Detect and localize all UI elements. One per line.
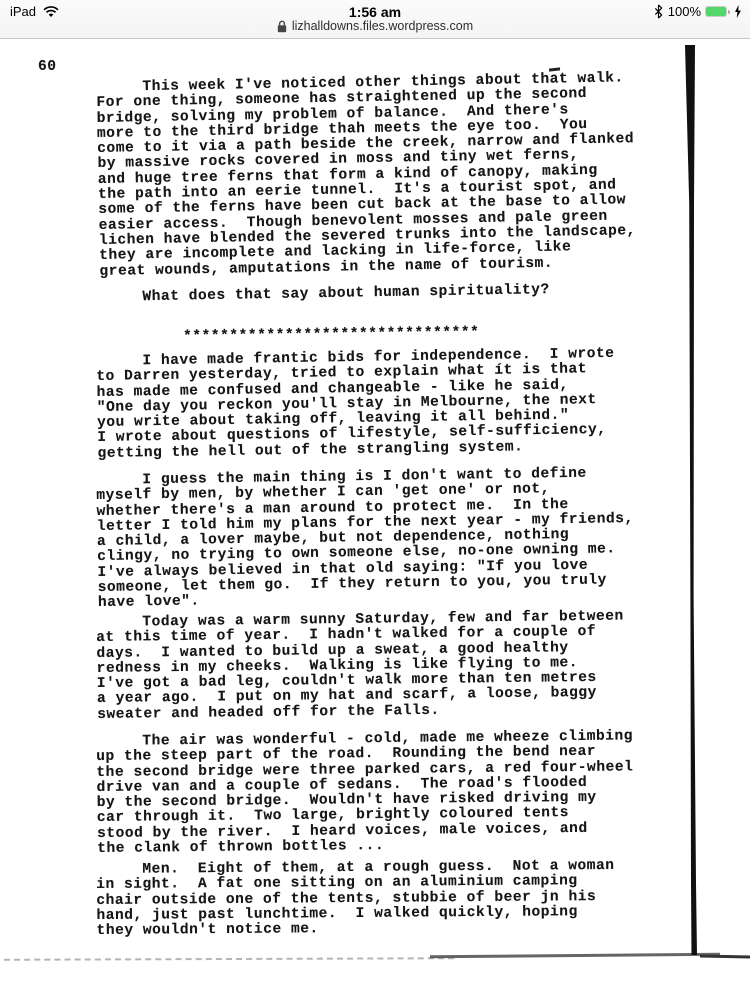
- paragraph-men: Men. Eight of them, at a rough guess. No…: [96, 859, 615, 940]
- battery-nub: [728, 10, 731, 15]
- battery-fill: [706, 7, 726, 16]
- paragraph-independence: I have made frantic bids for independenc…: [96, 347, 616, 462]
- lock-icon: [277, 20, 287, 33]
- battery-icon: [705, 6, 727, 17]
- paragraph-define-myself: I guess the main thing is I don't want t…: [96, 466, 635, 612]
- asterisk-separator: ********************************: [183, 326, 479, 345]
- paragraph-question: What does that say about human spiritual…: [96, 283, 550, 306]
- ipad-screen: iPad 1:56 am 100%: [0, 0, 750, 1000]
- scan-bottom-line-dark: [430, 953, 720, 958]
- bluetooth-icon: [653, 4, 664, 19]
- scan-bottom-line-light: [4, 957, 454, 961]
- url-text: lizhalldowns.files.wordpress.com: [292, 19, 473, 33]
- scanned-document-page: 60 This week I've noticed other things a…: [0, 38, 750, 1000]
- paragraph-saturday: Today was a warm sunny Saturday, few and…: [96, 610, 625, 724]
- status-right: 100%: [653, 4, 742, 19]
- paragraph-air: The air was wonderful - cold, made me wh…: [96, 729, 634, 857]
- battery-percent: 100%: [668, 4, 701, 19]
- scan-bottom-line-right: [700, 954, 750, 958]
- status-bar: iPad 1:56 am 100%: [0, 0, 750, 39]
- page-number: 60: [38, 60, 57, 75]
- address-bar[interactable]: lizhalldowns.files.wordpress.com: [0, 19, 750, 33]
- charging-bolt-icon: [734, 5, 742, 18]
- clock: 1:56 am: [0, 4, 750, 20]
- paragraph-walk: This week I've noticed other things abou…: [96, 71, 637, 280]
